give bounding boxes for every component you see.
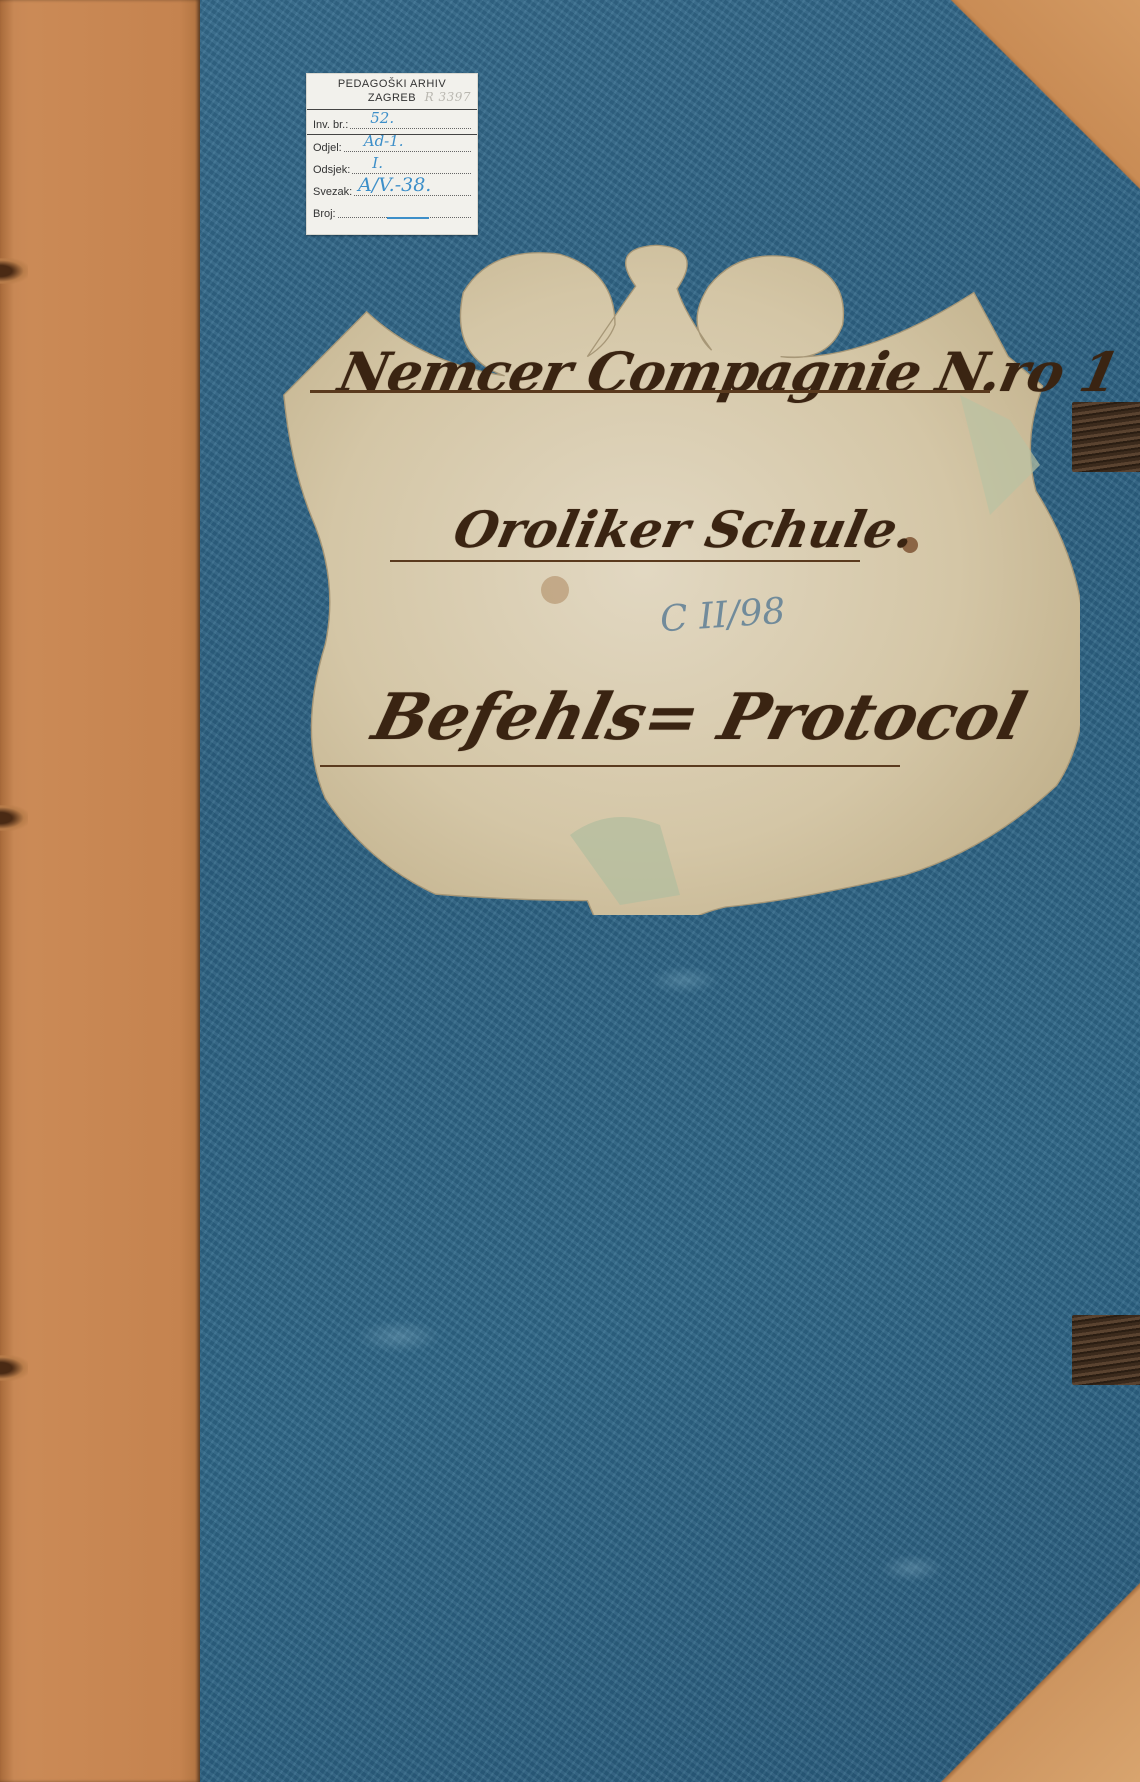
archive-institution: PEDAGOŠKI ARHIV ZAGREB R 3397 bbox=[307, 74, 477, 110]
spine-raised-band bbox=[0, 805, 28, 831]
title-line-company: Nemcer Compagnie N.ro 1 bbox=[333, 340, 1140, 404]
parchment-title-label: Nemcer Compagnie N.ro 1 Oroliker Schule.… bbox=[270, 235, 1080, 915]
institution-line1: PEDAGOŠKI ARHIV bbox=[307, 77, 477, 91]
field-label: Odjel: bbox=[313, 142, 342, 157]
field-label: Inv. br.: bbox=[313, 119, 348, 134]
field-value: I. bbox=[372, 154, 383, 172]
leather-corner-bottom-right bbox=[940, 1582, 1140, 1782]
blue-underline-mark bbox=[387, 217, 429, 219]
cloth-tie-strap-bottom bbox=[1072, 1315, 1140, 1385]
spine-raised-band bbox=[0, 1355, 28, 1381]
field-value: Ad-1. bbox=[364, 132, 404, 150]
title-line-school: Oroliker Schule. bbox=[449, 500, 1140, 559]
parchment-shield-shape bbox=[270, 235, 1080, 915]
field-broj: Broj: bbox=[307, 201, 477, 223]
spine-raised-band bbox=[0, 258, 28, 284]
archive-label: PEDAGOŠKI ARHIV ZAGREB R 3397 Inv. br.: … bbox=[306, 73, 478, 235]
field-label: Broj: bbox=[313, 208, 336, 223]
field-label: Odsjek: bbox=[313, 164, 350, 179]
leather-corner-top-right bbox=[950, 0, 1140, 190]
field-label: Svezak: bbox=[313, 186, 352, 201]
cloth-tie-strap-top bbox=[1072, 402, 1140, 472]
field-value: 52. bbox=[370, 109, 394, 127]
pencil-call-number: C II/98 bbox=[659, 591, 787, 641]
field-value: A/V.-38. bbox=[358, 174, 431, 196]
title-underline bbox=[320, 765, 900, 767]
field-svezak: Svezak: A/V.-38. bbox=[307, 179, 477, 201]
title-underline bbox=[310, 390, 990, 393]
pencil-note: R 3397 bbox=[425, 90, 471, 104]
leather-spine bbox=[0, 0, 200, 1782]
title-underline bbox=[390, 560, 860, 562]
title-line-protocol: Befehls= Protocol bbox=[366, 680, 1140, 755]
field-odjel: Odjel: Ad-1. bbox=[307, 135, 477, 157]
